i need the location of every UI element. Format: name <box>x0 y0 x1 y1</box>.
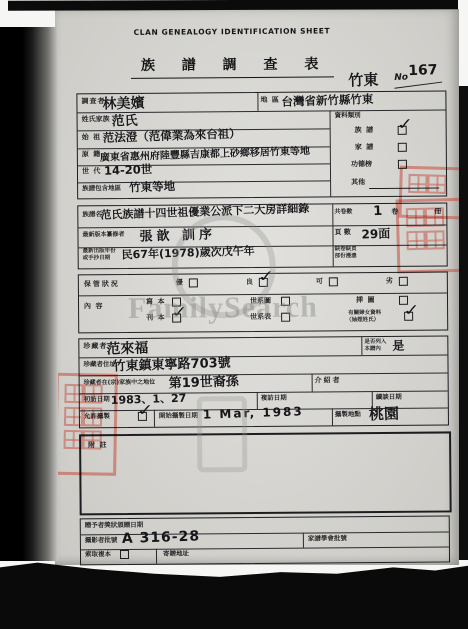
publish-date-label-line2: 或手抄日期 <box>83 255 111 262</box>
origin-label: 原 籍 <box>82 151 101 159</box>
archive-number: 167 <box>408 62 438 79</box>
volumes-label: 共卷數 <box>334 209 352 216</box>
condition-label: 保管狀況 <box>84 281 120 289</box>
form-title: 族 譜 調 查 表 <box>131 53 334 79</box>
holder-position-value: 第19世裔孫 <box>168 370 239 391</box>
check-mark-icon: ✓ <box>402 301 422 319</box>
filming-place-label: 攝製地點 <box>335 411 361 418</box>
manuscript-label: 寫 本 <box>146 299 165 307</box>
illustration-label: 挿 圖 <box>356 297 375 305</box>
scan-border-top <box>8 0 458 11</box>
request-copy-label: 索取複本 <box>85 551 111 558</box>
volumes-value: 1 <box>373 204 383 219</box>
category-other-label: 其他 <box>351 179 365 187</box>
followup-label: 續談日期 <box>376 394 402 401</box>
women-data-label-line2: （妯娌姓氏） <box>346 317 379 324</box>
photographer-batch-label: 攝影者批號 <box>85 537 118 544</box>
scanned-document: CLAN GENEALOGY IDENTIFICATION SHEET 族 譜 … <box>0 0 468 629</box>
option-excellent: 優 <box>176 280 184 288</box>
check-mark-icon: ✓ <box>257 268 277 286</box>
filming-place-value: 桃園 <box>369 402 400 424</box>
founder-label: 始 祖 <box>82 134 101 142</box>
option-fair: 可 <box>316 278 324 286</box>
society-batch-label: 家譜學會批號 <box>308 535 347 542</box>
content-label: 內 容 <box>84 303 103 311</box>
holder-address-label: 珍藏者住址 <box>83 361 116 368</box>
option-poor: 劣 <box>386 278 394 286</box>
table-notes <box>79 431 452 515</box>
archive-region-handwritten: 竹東 <box>348 69 379 91</box>
mailing-address-label: 寄贈地址 <box>163 550 189 557</box>
clan-value: 范氏 <box>111 110 138 130</box>
pedigree-chart-label: 世系圖 <box>250 298 271 306</box>
english-title: CLAN GENEALOGY IDENTIFICATION SHEET <box>0 25 466 38</box>
coverage-label: 族譜包含地區 <box>82 185 121 192</box>
included-label-line2: 本譜內 <box>364 346 381 353</box>
revisit-label: 複訪日期 <box>261 395 287 402</box>
red-seal-stamp <box>54 373 118 476</box>
pedigree-table-label: 世系表 <box>250 314 271 322</box>
option-good: 良 <box>246 279 254 287</box>
area-value: 台灣省新竹縣竹東 <box>281 91 373 110</box>
holder-label: 珍藏者 <box>83 343 107 351</box>
genealogy-name-label: 族譜名 <box>82 211 102 218</box>
clan-label: 姓氏家族 <box>82 116 110 124</box>
generations-label: 世 代 <box>82 168 101 176</box>
pages-label: 頁 數 <box>334 229 350 237</box>
award-date-label: 贈予者獎狀頒贈日期 <box>85 522 144 530</box>
check-mark-icon: ✓ <box>395 115 415 133</box>
included-value: 是 <box>392 337 405 354</box>
printed-label: 刊 本 <box>146 315 165 323</box>
area-label: 地 區 <box>260 97 279 105</box>
check-mark-icon: ✓ <box>170 303 190 321</box>
check-mark-icon: ✓ <box>136 401 156 419</box>
number-label: No <box>394 73 408 83</box>
red-seal-stamp <box>396 198 468 274</box>
category-family-register-label: 家 譜 <box>355 144 374 152</box>
scan-border-left <box>0 27 58 561</box>
introducer-label: 介紹者 <box>315 377 342 385</box>
compiler-value: 張歆 訓序 <box>139 223 216 244</box>
category-merit-board-label: 功德榜 <box>351 161 372 169</box>
form-content: CLAN GENEALOGY IDENTIFICATION SHEET 族 譜 … <box>0 0 468 629</box>
scan-border-right <box>459 86 468 560</box>
generations-value: 14-20世 <box>104 161 153 179</box>
coverage-value: 竹東等地 <box>129 178 175 195</box>
pages-value: 29面 <box>361 225 390 243</box>
missing-label-line2: 部份漫漶 <box>335 253 357 260</box>
category-genealogy-label: 族 譜 <box>355 127 374 135</box>
compiler-label: 最新版本纂修者 <box>82 232 124 239</box>
category-title: 資料類別 <box>335 112 361 119</box>
filming-date-label: 開始攝製日期 <box>159 412 198 419</box>
